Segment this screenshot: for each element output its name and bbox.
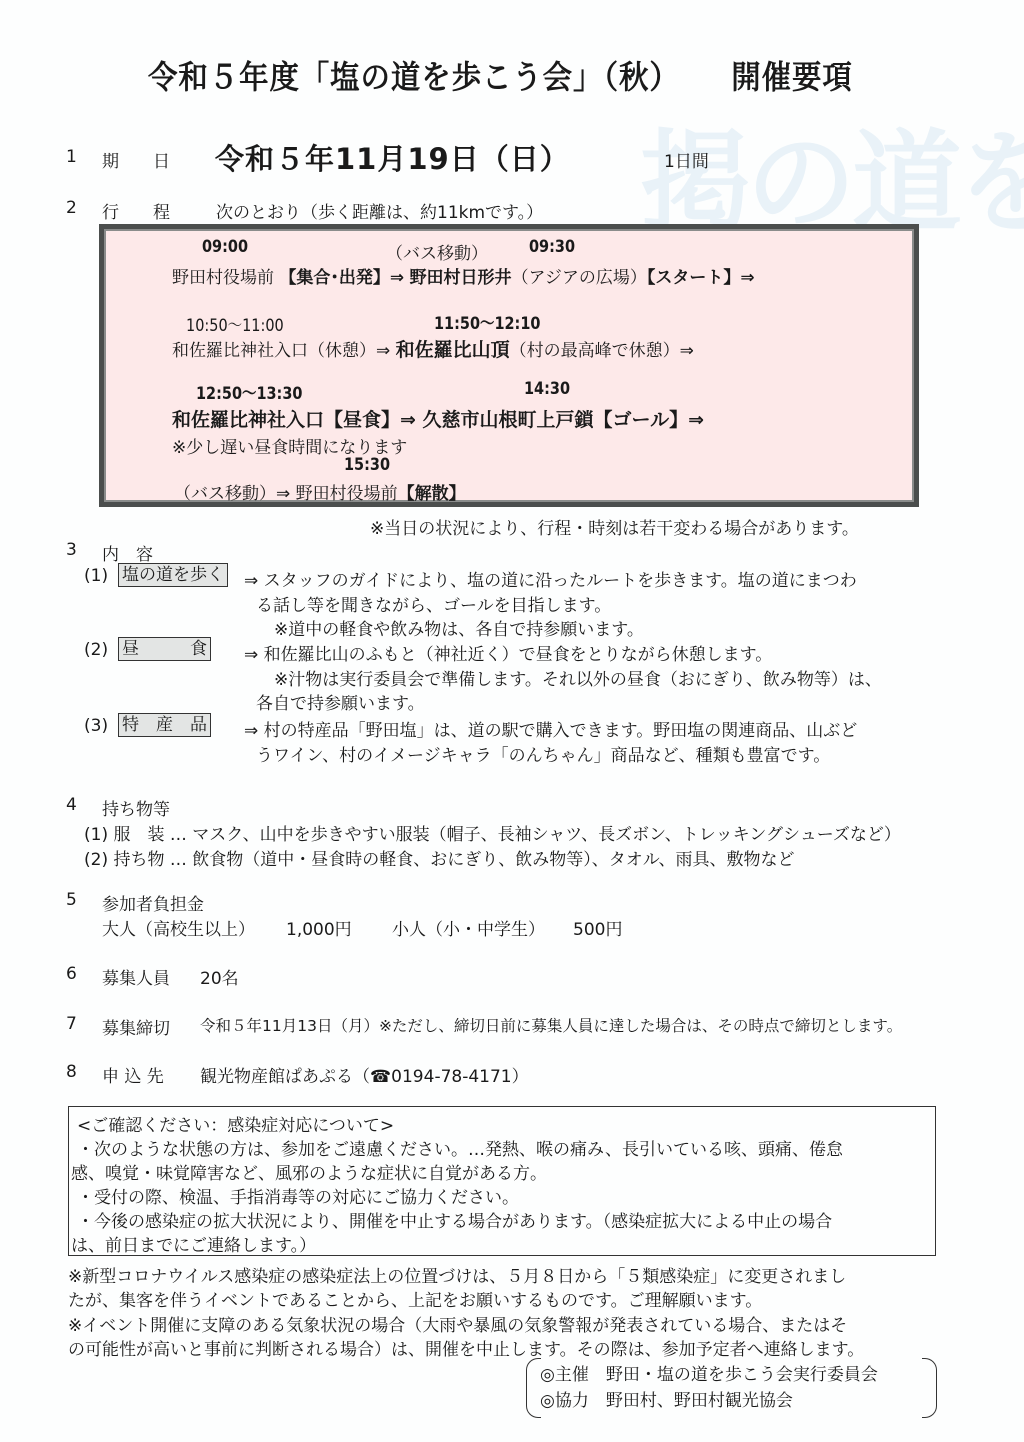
section-6-label: 募集人員 [102,964,170,989]
event-date: 令和５年11月19日（日） [215,137,570,178]
belonging-2: (2) 持ち物 … 飲食物（道中・昼食時の軽食、おにぎり、飲み物等）、タオル、雨… [84,845,794,870]
itin-tag: 【集合･出発】⇒ [279,268,404,288]
itin-place-sub: （村の最高峰で休憩）⇒ [510,341,694,361]
belonging-number: (1) [84,825,108,845]
section-1-number: 1 [66,147,77,167]
deadline-value: 令和５年11月13日（月）※ただし、締切日前に募集人員に達した場合は、その時点で… [200,1014,902,1036]
notice-line: ・次のような状態の方は、参加をご遠慮ください。…発熱、喉の痛み、長引いている咳、… [77,1135,843,1160]
label-box: 塩の道を歩く [118,563,228,587]
section-3-label: 内 容 [102,540,153,565]
itinerary-note: ※当日の状況により、行程・時刻は若干変わる場合があります。 [370,514,859,539]
itin-time: 09:00 [202,237,248,257]
belonging-1: (1) 服 装 … マスク、山中を歩きやすい服装（帽子、長袖シャツ、長ズボン、ト… [84,820,901,845]
notice-line: ・受付の際、検温、手指消毒等の対応にご協力ください。 [77,1183,519,1208]
itin-place: 野田村日形井 [410,268,512,288]
content-2-line: ※汁物は実行委員会で準備します。それ以外の昼食（おにぎり、飲み物等）は、 [274,665,882,690]
footnote-line: の可能性が高いと事前に判断される場合）は、開催を中止します。その際は、参加予定者… [68,1335,864,1360]
itin-stop-row-3: 和佐羅比神社入口【昼食】⇒ 久慈市山根町上戸鎖【ゴール】⇒ [172,405,704,432]
itin-time: 11:50～12:10 [434,309,540,334]
title-suffix: 開催要項 [731,58,852,96]
itin-place: （バス移動）⇒ 野田村役場前 [174,484,398,504]
belonging-label: 服 装 [114,825,165,845]
itin-tag: 【スタート】⇒ [647,268,755,288]
section-4-number: 4 [66,795,77,815]
itin-place: 野田村役場前 [172,268,274,288]
section-8-label: 申 込 先 [102,1062,164,1087]
itin-stop-row-1: 野田村役場前 【集合･出発】⇒ 野田村日形井（アジアの広場）【スタート】⇒ [172,263,755,288]
section-5-label: 参加者負担金 [102,890,204,915]
fee-adult-price: 1,000円 [286,915,352,940]
section-5-number: 5 [66,890,77,910]
footnote-line: ※新型コロナウイルス感染症の感染症法上の位置づけは、５月８日から「５類感染症」に… [68,1262,846,1287]
bracket-left [526,1358,541,1418]
content-1-line: ⇒ スタッフのガイドにより、塩の道に沿ったルートを歩きます。塩の道にまつわ [244,566,857,591]
footnote-line: ※イベント開催に支障のある気象状況の場合（大雨や暴風の気象警報が発表されている場… [68,1311,847,1336]
section-2-text: 次のとおり（歩く距離は、約11kmです。） [216,198,543,223]
itin-time: 12:50～13:30 [196,379,302,404]
notice-line: は、前日までにご連絡します。） [71,1231,316,1256]
fee-child-price: 500円 [573,915,622,940]
notice-heading: <ご確認ください：感染症対応について> [77,1111,394,1136]
notice-line: ・今後の感染症の拡大状況により、開催を中止する場合があります。（感染症拡大による… [77,1207,832,1232]
itin-stop-row-4: （バス移動）⇒ 野田村役場前【解散】 [174,479,466,504]
itin-place: 和佐羅比神社入口（休憩）⇒ [172,341,390,361]
content-3-label: 特 産 品 [118,713,211,737]
capacity-value: 20名 [200,964,239,989]
section-7-label: 募集締切 [102,1014,170,1039]
page-title: 令和５年度「塩の道を歩こう会」（秋）開催要項 [148,52,853,98]
fee-child-label: 小人（小・中学生） [392,915,545,940]
belonging-label: 持ち物 [114,850,165,870]
itin-place: 和佐羅比山頂 [396,339,510,361]
content-1-line: ※道中の軽食や飲み物は、各自で持参願います。 [274,615,644,640]
content-2-number: (2) [84,640,108,660]
notice-line: 感、嗅覚・味覚障害など、風邪のような症状に自覚がある方。 [71,1159,547,1184]
content-2-line: ⇒ 和佐羅比山のふもと（神社近く）で昼食をとりながら休憩します。 [244,640,772,665]
itin-time: 10:50～11:00 [186,311,284,336]
content-1-number: (1) [84,566,108,586]
content-3-line: ⇒ 村の特産品「野田塩」は、道の駅で購入できます。野田塩の関連商品、山ぶど [244,716,857,741]
content-3-line: うワイン、村のイメージキャラ「のんちゃん」商品など、種類も豊富です。 [256,741,830,766]
itin-tag: 【解散】 [398,484,466,504]
organizer-support: ◎協力 野田村、野田村観光協会 [540,1386,793,1411]
itin-time: 15:30 [344,455,390,475]
section-7-number: 7 [66,1014,77,1034]
label-box: 特 産 品 [118,713,211,737]
footnote-line: たが、集客を伴うイベントであることから、上記をお願いするものです。ご理解願います… [68,1286,762,1311]
itin-time: 09:30 [529,237,575,257]
organizer-host: ◎主催 野田・塩の道を歩こう会実行委員会 [540,1360,878,1385]
section-2-number: 2 [66,198,77,218]
itin-time: 14:30 [524,379,570,399]
content-2-label: 昼 食 [118,637,211,661]
content-1-label: 塩の道を歩く [118,563,228,587]
bracket-right [922,1358,937,1418]
content-2-line: 各自で持参願います。 [256,689,425,714]
belonging-text: … マスク、山中を歩きやすい服装（帽子、長袖シャツ、長ズボン、トレッキングシュー… [170,825,901,845]
itin-bus-note: （バス移動） [386,239,488,264]
belonging-text: … 飲食物（道中・昼食時の軽食、おにぎり、飲み物等）、タオル、雨具、敷物など [170,850,795,870]
section-1-label: 期 日 [102,147,170,172]
itin-stop-row-2: 和佐羅比神社入口（休憩）⇒ 和佐羅比山頂（村の最高峰で休憩）⇒ [172,335,694,362]
section-2-label: 行 程 [102,198,170,223]
infection-notice-box: <ご確認ください：感染症対応について> ・次のような状態の方は、参加をご遠慮くだ… [68,1106,936,1256]
event-duration: 1日間 [664,147,709,172]
fee-adult-label: 大人（高校生以上） [102,915,255,940]
belonging-number: (2) [84,850,108,870]
section-6-number: 6 [66,964,77,984]
section-3-number: 3 [66,540,77,560]
itin-place-sub: （アジアの広場） [512,268,647,288]
section-8-number: 8 [66,1062,77,1082]
section-4-label: 持ち物等 [102,795,170,820]
title-main: 令和５年度「塩の道を歩こう会」（秋） [148,58,680,96]
content-3-number: (3) [84,716,108,736]
content-1-line: る話し等を聞きながら、ゴールを目指します。 [256,591,611,616]
label-box: 昼 食 [118,637,211,661]
application-contact: 観光物産館ぱあぷる（☎0194-78-4171） [200,1062,529,1087]
itinerary-box: 09:00 （バス移動） 09:30 野田村役場前 【集合･出発】⇒ 野田村日形… [99,224,919,507]
